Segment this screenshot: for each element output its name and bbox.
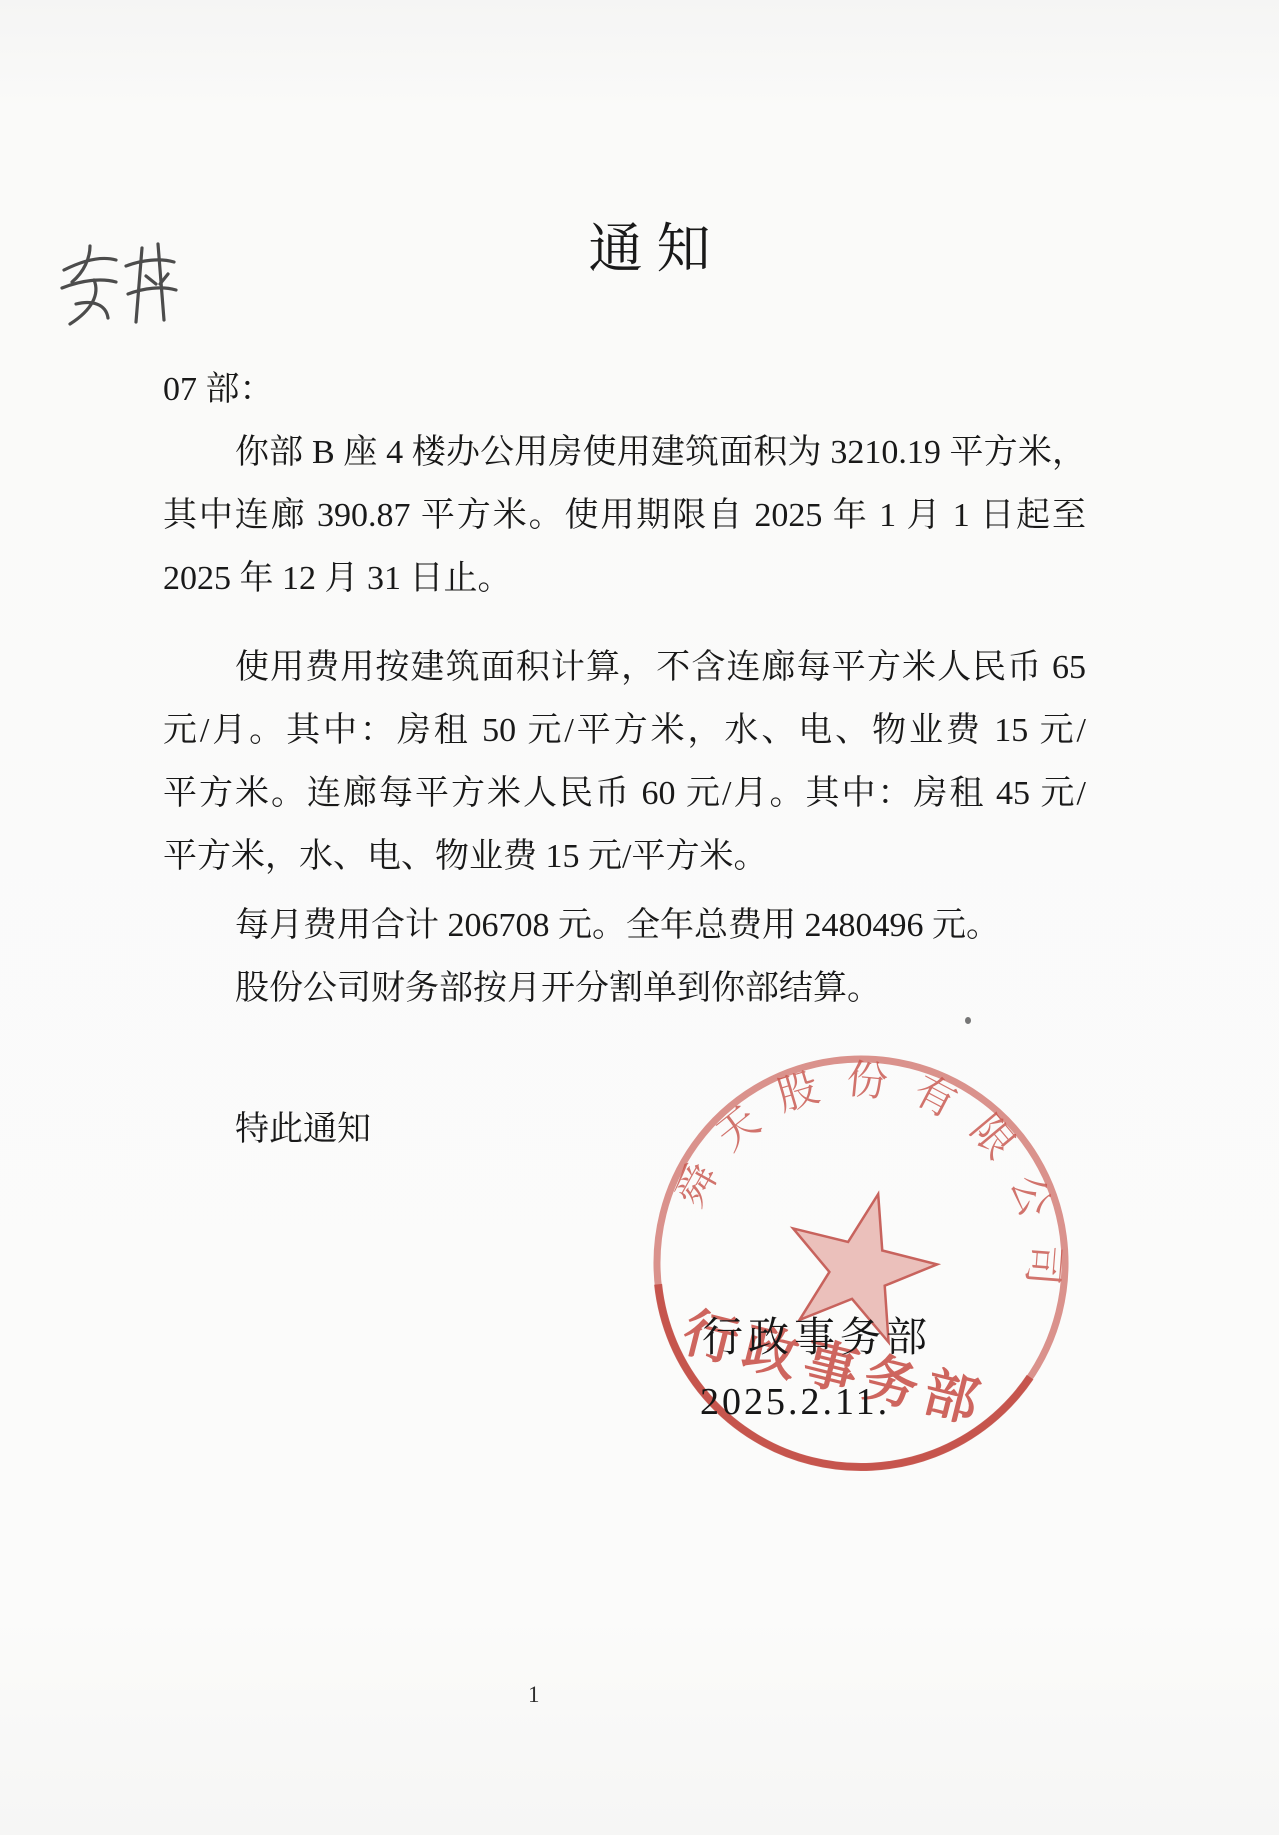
body-line: 使用费用按建筑面积计算，不含连廊每平方米人民币 65 (163, 636, 1086, 699)
body-line: 元/月。其中：房租 50 元/平方米，水、电、物业费 15 元/ (163, 699, 1086, 762)
document-title: 通知 (10, 206, 1279, 283)
ink-dot-artifact (965, 1017, 971, 1024)
signature-department: 行政事务部 (702, 1304, 932, 1363)
page-number: 1 (528, 1682, 540, 1708)
addressee: 07 部： (163, 358, 1086, 421)
body-lines: 你部 B 座 4 楼办公用房使用建筑面积为 3210.19 平方米，其中连廊 3… (163, 421, 1086, 1020)
body-line: 平方米。连廊每平方米人民币 60 元/月。其中：房租 45 元/ (163, 762, 1086, 825)
scanned-notice-document: 通知 07 部： 你部 B 座 4 楼办公用房使用建筑面积为 3210.19 平… (0, 0, 1279, 1835)
body-line: 平方米，水、电、物业费 15 元/平方米。 (163, 825, 1086, 888)
handwriting-strokes (62, 244, 176, 324)
body-line: 2025 年 12 月 31 日止。 (163, 547, 1086, 610)
handwritten-annotation (50, 236, 182, 338)
body-line: 其中连廊 390.87 平方米。使用期限自 2025 年 1 月 1 日起至 (163, 484, 1086, 547)
body-line: 每月费用合计 206708 元。全年总费用 2480496 元。 (163, 894, 1086, 957)
body-line: 股份公司财务部按月开分割单到你部结算。 (163, 957, 1086, 1020)
signature-date: 2025.2.11. (700, 1380, 890, 1424)
body-line: 你部 B 座 4 楼办公用房使用建筑面积为 3210.19 平方米， (163, 421, 1086, 484)
